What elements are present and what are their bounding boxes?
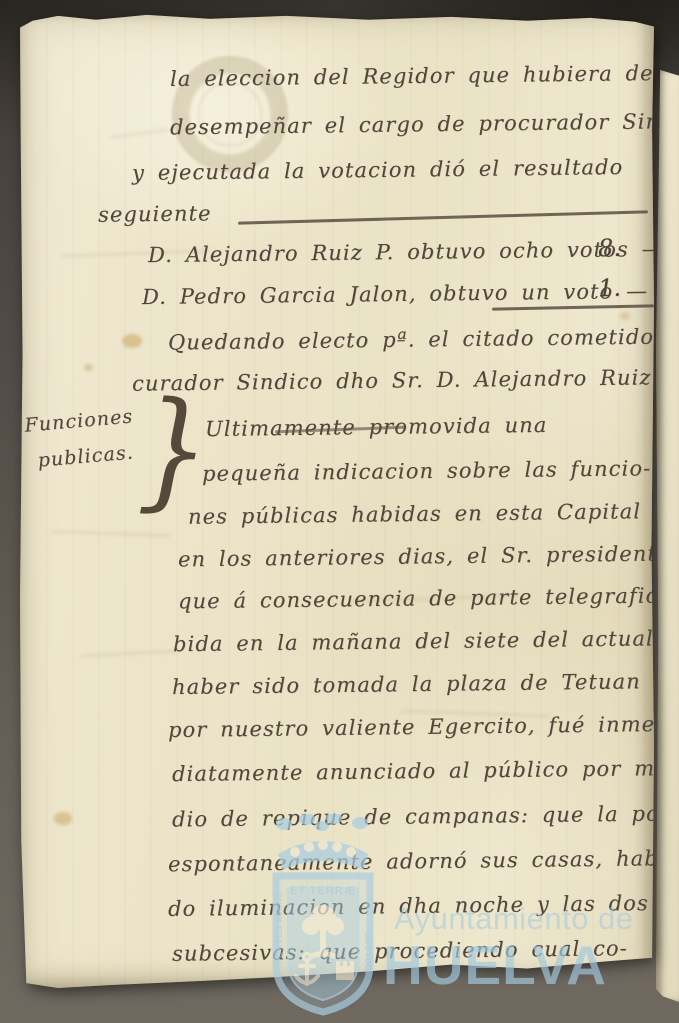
vote-count: 1.	[598, 274, 622, 303]
vote-line: D. Pedro Garcia Jalon, obtuvo un voto —	[142, 279, 648, 309]
manuscript-line: do iluminacion en dha noche y las dos	[168, 891, 649, 921]
manuscript-line: por nuestro valiente Egercito, fué inme-	[168, 712, 664, 742]
manuscript-line: pequeña indicacion sobre las funcio-	[202, 456, 652, 485]
manuscript-line: que á consecuencia de parte telegrafico …	[178, 583, 679, 614]
manuscript-line: en los anteriores dias, el Sr. president…	[178, 541, 679, 572]
manuscript-line: nes públicas habidas en esta Capital	[188, 499, 641, 529]
manuscript-line: la eleccion del Regidor que hubiera de	[170, 61, 654, 91]
manuscript-line: haber sido tomada la plaza de Tetuan —	[172, 669, 676, 699]
manuscript-line: curador Sindico dho Sr. D. Alejandro Rui…	[132, 364, 679, 395]
ink-bleedthrough	[110, 128, 170, 139]
manuscript-line: diatamente anunciado al público por me-	[172, 756, 677, 786]
manuscript-line: seguiente	[98, 201, 212, 226]
manuscript-line: Quedando electo pª. el citado cometido d…	[168, 323, 679, 354]
paper-stain	[54, 812, 72, 825]
manuscript-page: la eleccion del Regidor que hubiera de d…	[20, 12, 654, 988]
margin-note-line: Funciones	[24, 405, 134, 436]
ink-bleedthrough	[50, 530, 170, 537]
margin-note: Funciones publicas.	[24, 405, 138, 472]
manuscript-line: y ejecutada la votacion dió el resultado	[132, 155, 624, 185]
vote-count: 8.	[598, 234, 622, 263]
manuscript-line: bida en la mañana del siete del actual, …	[173, 626, 679, 656]
manuscript-page-wrap: la eleccion del Regidor que hubiera de d…	[20, 12, 654, 988]
flourish-rule	[238, 210, 648, 224]
next-page-edge	[656, 70, 679, 1002]
ink-bleedthrough	[80, 649, 180, 657]
manuscript-line: dio de repique de campanas: que la pobla…	[172, 801, 679, 832]
paper-stain	[84, 364, 93, 371]
tally-underline	[492, 304, 654, 310]
margin-note-line: publicas.	[37, 441, 137, 472]
paper-stain	[122, 334, 142, 348]
archive-photo-background: la eleccion del Regidor que hubiera de d…	[0, 0, 679, 1023]
manuscript-line: espontaneamente adornó sus casas, habien…	[168, 846, 679, 877]
paper-stain	[620, 312, 630, 320]
margin-brace: }	[136, 384, 211, 516]
manuscript-line: subcesivas: que procediendo cual co-	[172, 936, 628, 966]
vote-line: D. Alejandro Ruiz P. obtuvo ocho votos —	[148, 237, 664, 267]
